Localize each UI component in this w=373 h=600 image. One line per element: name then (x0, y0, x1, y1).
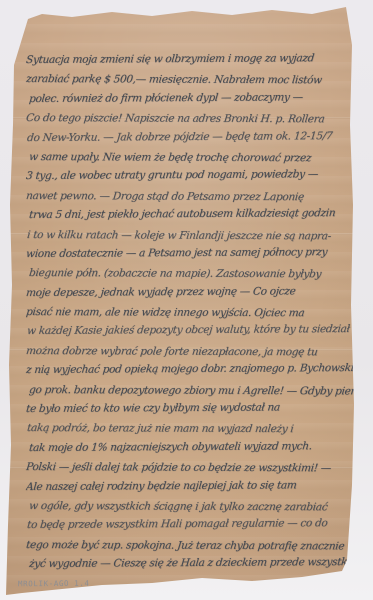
handwriting-line: polec. również do firm płócienek dypl — … (28, 88, 355, 109)
letter-paper: Sytuacja moja zmieni się w olbrzymiem i … (2, 5, 358, 597)
handwriting-line: te było mieć to kto wie czy byłbym się w… (25, 398, 355, 419)
handwriting-line: żyć wygodnie — Cieszę się że Hala z dzie… (28, 553, 355, 574)
handwriting-line: to będę przede wszystkim Hali pomagał re… (26, 514, 355, 535)
handwritten-text: Sytuacja moja zmieni się w olbrzymiem i … (26, 51, 354, 575)
handwriting-line: trwa 5 dni, jest piekło jechać autobusem… (28, 204, 355, 225)
handwriting-line: Ale naszej całej rodziny będzie najlepie… (25, 476, 355, 497)
archive-annotation: MROLIK-AGO 1.4 (18, 579, 90, 589)
handwriting-line: do New-Yorku. — Jak dobrze pójdzie — będ… (26, 127, 355, 148)
handwriting-line: Sytuacja moja zmieni się w olbrzymiem i … (25, 49, 355, 70)
handwriting-line: moje depesze, jednak wyjadę przez wojnę … (25, 282, 355, 303)
scan-background: Sytuacja moja zmieni się w olbrzymiem i … (0, 0, 373, 600)
handwriting-line: z nią wyjechać pod opieką mojego dobr. z… (25, 359, 355, 380)
handwriting-line: w każdej Kasie jakieś depozyty obcej wal… (26, 320, 355, 341)
handwriting-line: wione dostatecznie — a Petsamo jest na s… (25, 243, 355, 264)
handwriting-line: 3 tyg., ale wobec utraty gruntu pod noga… (25, 165, 355, 186)
handwriting-line: tak moje do 1% najzacniejszych obywateli… (28, 437, 355, 458)
